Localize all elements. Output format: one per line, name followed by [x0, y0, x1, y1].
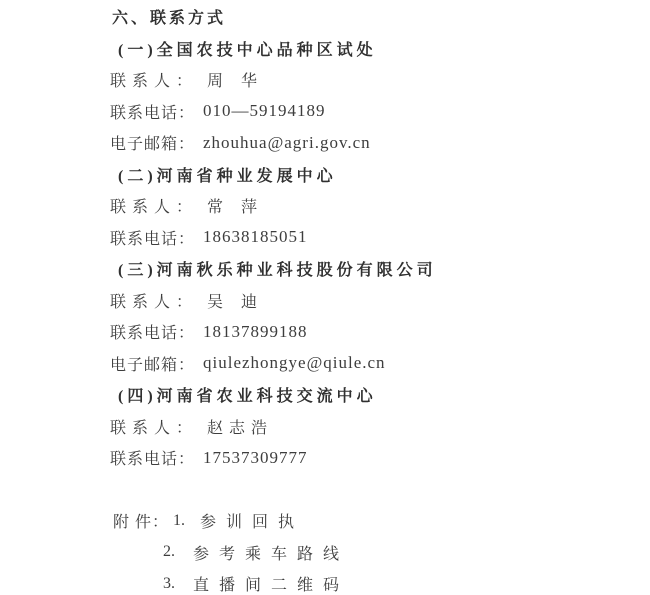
contact-person-value: 常 萍: [207, 194, 258, 217]
contact-phone-label: 联系电话：: [110, 320, 195, 343]
contact-email-row: 电子邮箱： qiulezhongye@qiule.cn: [0, 348, 650, 380]
contact-person-label: 联 系 人 ：: [110, 194, 193, 217]
contact-phone-value: 18638185051: [203, 227, 308, 247]
contact-person-label: 联 系 人 ：: [110, 415, 193, 438]
contact-phone-label: 联系电话：: [110, 100, 195, 123]
contact-phone-row: 联系电话： 18137899188: [0, 316, 650, 348]
section-4-heading-line: (四)河南省农业科技交流中心: [0, 379, 650, 411]
attachment-number: 3.: [163, 575, 175, 593]
attachment-text: 直播间二维码: [193, 572, 349, 595]
section-heading: (一)全国农技中心品种区试处: [118, 37, 377, 60]
section-heading: (二)河南省种业发展中心: [118, 163, 337, 186]
contact-email-value: qiulezhongye@qiule.cn: [203, 353, 386, 373]
contact-phone-value: 17537309777: [203, 448, 308, 468]
section-3-heading-line: (三)河南秋乐种业科技股份有限公司: [0, 253, 650, 285]
document-page: 六、联系方式 (一)全国农技中心品种区试处 联 系 人 ： 周 华 联系电话： …: [0, 0, 650, 595]
contact-phone-row: 联系电话： 18638185051: [0, 222, 650, 254]
attachments-label: 附 件：: [113, 509, 169, 532]
attachments-row-2: 2. 参考乘车路线: [0, 537, 650, 569]
contact-person-row: 联 系 人 ： 赵 志 浩: [0, 411, 650, 443]
blank-line: [0, 474, 650, 506]
contact-phone-label: 联系电话：: [110, 226, 195, 249]
contact-person-value: 吴 迪: [207, 289, 258, 312]
page-title-line: 六、联系方式: [0, 1, 650, 33]
section-heading: (三)河南秋乐种业科技股份有限公司: [118, 257, 437, 280]
contact-phone-row: 联系电话： 17537309777: [0, 442, 650, 474]
attachment-text: 参考乘车路线: [193, 541, 349, 564]
contact-person-value: 赵 志 浩: [207, 415, 268, 438]
attachments-row-3: 3. 直播间二维码: [0, 568, 650, 595]
contact-email-value: zhouhua@agri.gov.cn: [203, 133, 371, 153]
contact-phone-label: 联系电话：: [110, 446, 195, 469]
section-heading: (四)河南省农业科技交流中心: [118, 383, 377, 406]
attachment-number: 1.: [173, 512, 185, 530]
contact-email-label: 电子邮箱：: [110, 352, 195, 375]
contact-email-label: 电子邮箱：: [110, 131, 195, 154]
section-2-heading-line: (二)河南省种业发展中心: [0, 159, 650, 191]
contact-person-row: 联 系 人 ： 常 萍: [0, 190, 650, 222]
page-title: 六、联系方式: [112, 5, 226, 28]
attachment-text: 参训回执: [200, 509, 304, 532]
attachments-row-1: 附 件： 1. 参训回执: [0, 505, 650, 537]
contact-person-row: 联 系 人 ： 吴 迪: [0, 285, 650, 317]
contact-person-label: 联 系 人 ：: [110, 289, 193, 312]
contact-email-row: 电子邮箱： zhouhua@agri.gov.cn: [0, 127, 650, 159]
contact-person-row: 联 系 人 ： 周 华: [0, 64, 650, 96]
contact-person-label: 联 系 人 ：: [110, 68, 193, 91]
section-1-heading-line: (一)全国农技中心品种区试处: [0, 33, 650, 65]
contact-phone-value: 18137899188: [203, 322, 308, 342]
contact-person-value: 周 华: [207, 68, 258, 91]
contact-phone-row: 联系电话： 010—59194189: [0, 96, 650, 128]
contact-phone-value: 010—59194189: [203, 101, 326, 121]
attachment-number: 2.: [163, 543, 175, 561]
